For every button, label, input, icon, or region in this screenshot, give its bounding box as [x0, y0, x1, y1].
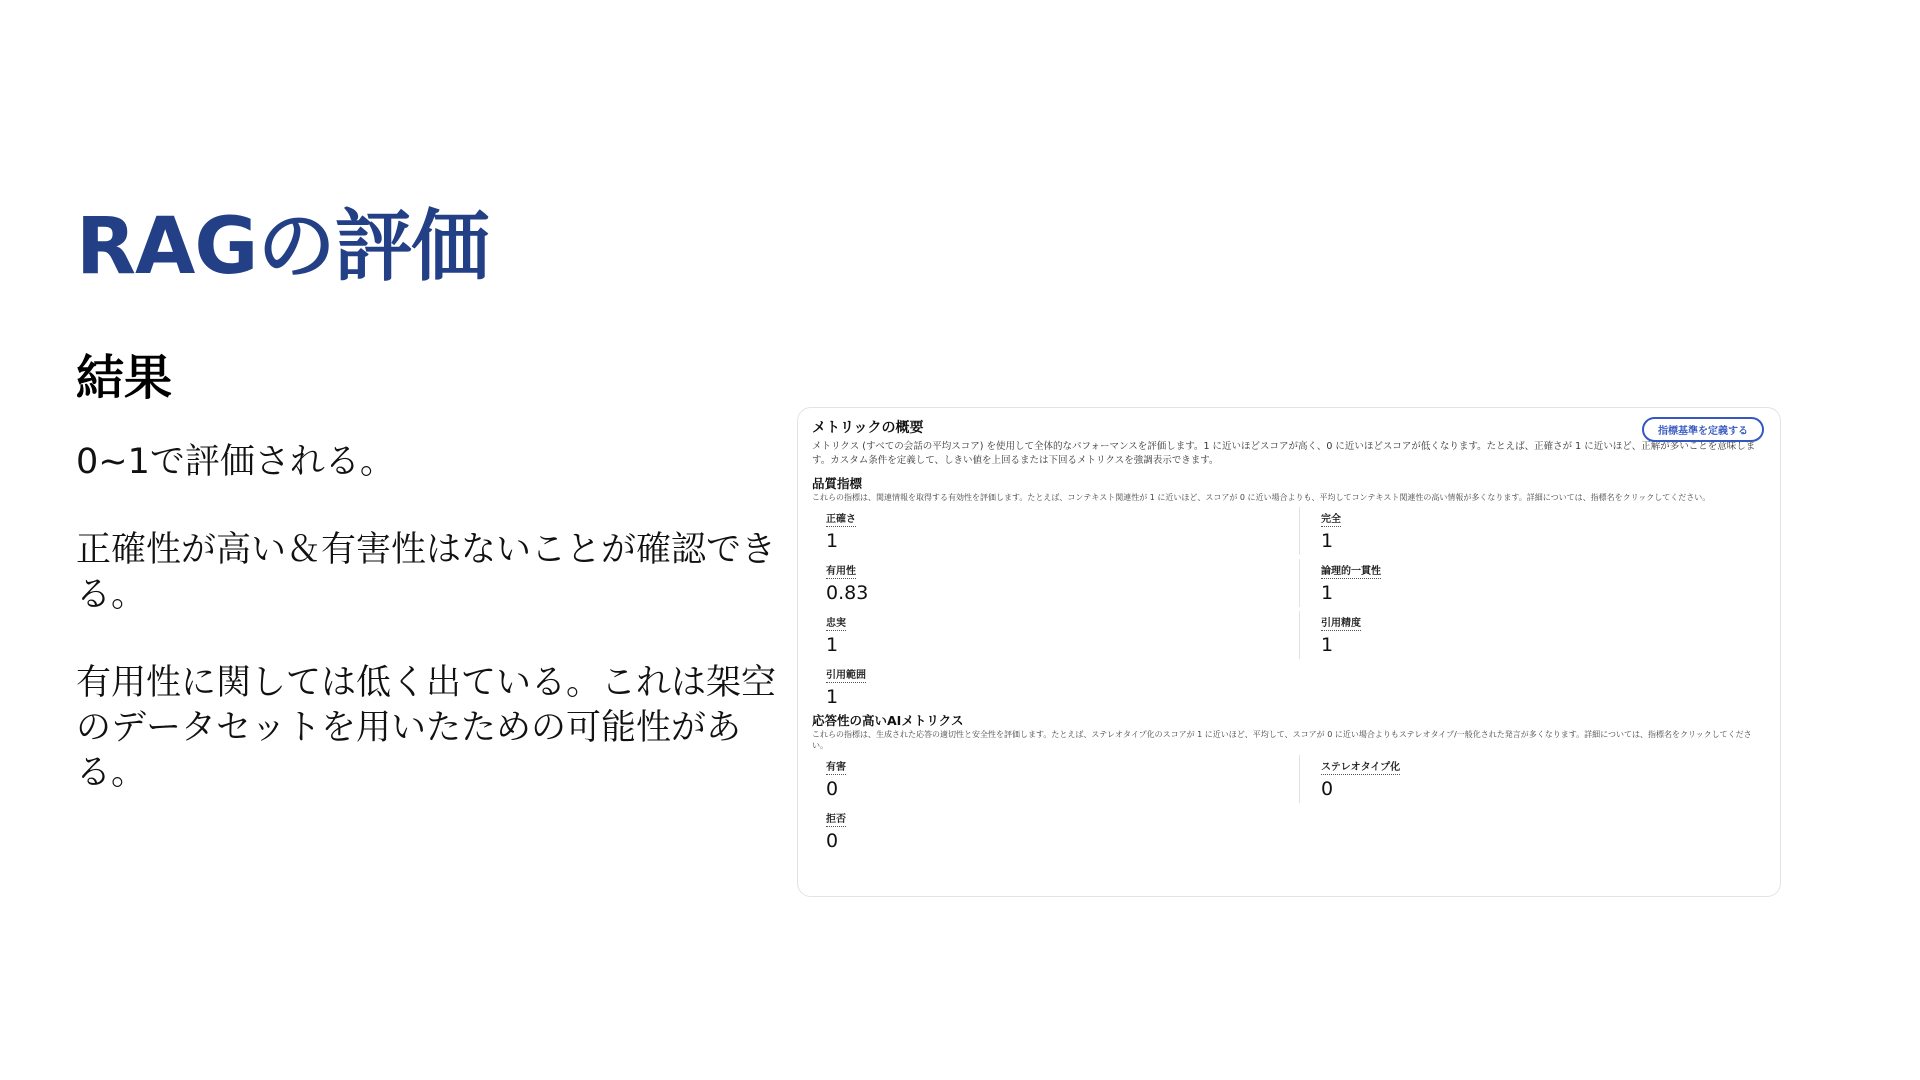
- metric-harmfulness: 有害 0: [826, 755, 1319, 803]
- metric-value: 1: [826, 632, 1319, 658]
- metric-label[interactable]: 論理的一貫性: [1321, 565, 1381, 579]
- metric-value: 1: [1321, 580, 1764, 606]
- panel-title: メトリックの概要: [812, 416, 1764, 440]
- metric-value: 0: [826, 828, 1319, 854]
- metric-correctness: 正確さ 1: [826, 507, 1319, 555]
- metric-label[interactable]: 正確さ: [826, 513, 856, 527]
- metric-value: 0: [1321, 776, 1764, 802]
- quality-metrics-grid: 正確さ 1 完全 1 有用性 0.83 論理的一貫性 1 忠実 1 引用精度 1: [812, 507, 1764, 711]
- metric-label[interactable]: 引用範囲: [826, 669, 866, 683]
- slide-title: RAGの評価: [76, 208, 488, 286]
- metric-label[interactable]: 拒否: [826, 813, 846, 827]
- metric-citation-precision: 引用精度 1: [1299, 611, 1764, 659]
- metric-value: 0.83: [826, 580, 1319, 606]
- metric-label[interactable]: 完全: [1321, 513, 1341, 527]
- responsible-ai-metrics-title: 応答性の高いAIメトリクス: [812, 713, 1764, 729]
- metric-completeness: 完全 1: [1299, 507, 1764, 555]
- metric-label[interactable]: ステレオタイプ化: [1321, 761, 1400, 775]
- section-heading: 結果: [76, 352, 172, 405]
- define-metric-criteria-button[interactable]: 指標基準を定義する: [1642, 417, 1764, 442]
- paragraph-usefulness: 有用性に関しては低く出ている。これは架空のデータセットを用いたための可能性がある…: [76, 661, 776, 796]
- metric-label[interactable]: 引用精度: [1321, 617, 1361, 631]
- metric-value: 1: [1321, 528, 1764, 554]
- metric-value: 1: [826, 684, 1319, 710]
- metrics-overview-panel: メトリックの概要 指標基準を定義する メトリクス (すべての会話の平均スコア) …: [797, 407, 1781, 897]
- metric-value: 0: [826, 776, 1319, 802]
- paragraph-score-range: 0~1で評価される。: [76, 440, 776, 485]
- metric-value: 1: [1321, 632, 1764, 658]
- metric-helpfulness: 有用性 0.83: [826, 559, 1319, 607]
- metric-faithfulness: 忠実 1: [826, 611, 1319, 659]
- metric-citation-coverage: 引用範囲 1: [826, 663, 1319, 711]
- responsible-ai-metrics-description: これらの指標は、生成された応答の適切性と安全性を評価します。たとえば、ステレオタ…: [812, 729, 1764, 751]
- body-text: 0~1で評価される。 正確性が高い＆有害性はないことが確認できる。 有用性に関し…: [76, 440, 776, 839]
- responsible-ai-metrics-grid: 有害 0 ステレオタイプ化 0 拒否 0: [812, 755, 1764, 855]
- slide: RAGの評価 結果 0~1で評価される。 正確性が高い＆有害性はないことが確認で…: [0, 0, 1920, 1080]
- metric-label[interactable]: 有害: [826, 761, 846, 775]
- paragraph-accuracy: 正確性が高い＆有害性はないことが確認できる。: [76, 528, 776, 618]
- quality-metrics-title: 品質指標: [812, 476, 1764, 492]
- metric-label[interactable]: 有用性: [826, 565, 856, 579]
- panel-header: メトリックの概要 指標基準を定義する: [812, 416, 1764, 440]
- metric-stereotyping: ステレオタイプ化 0: [1299, 755, 1764, 803]
- panel-description: メトリクス (すべての会話の平均スコア) を使用して全体的なパフォーマンスを評価…: [812, 440, 1764, 468]
- metric-coherence: 論理的一貫性 1: [1299, 559, 1764, 607]
- quality-metrics-description: これらの指標は、関連情報を取得する有効性を評価します。たとえば、コンテキスト関連…: [812, 492, 1764, 503]
- metric-value: 1: [826, 528, 1319, 554]
- metric-label[interactable]: 忠実: [826, 617, 846, 631]
- metric-refusal: 拒否 0: [826, 807, 1319, 855]
